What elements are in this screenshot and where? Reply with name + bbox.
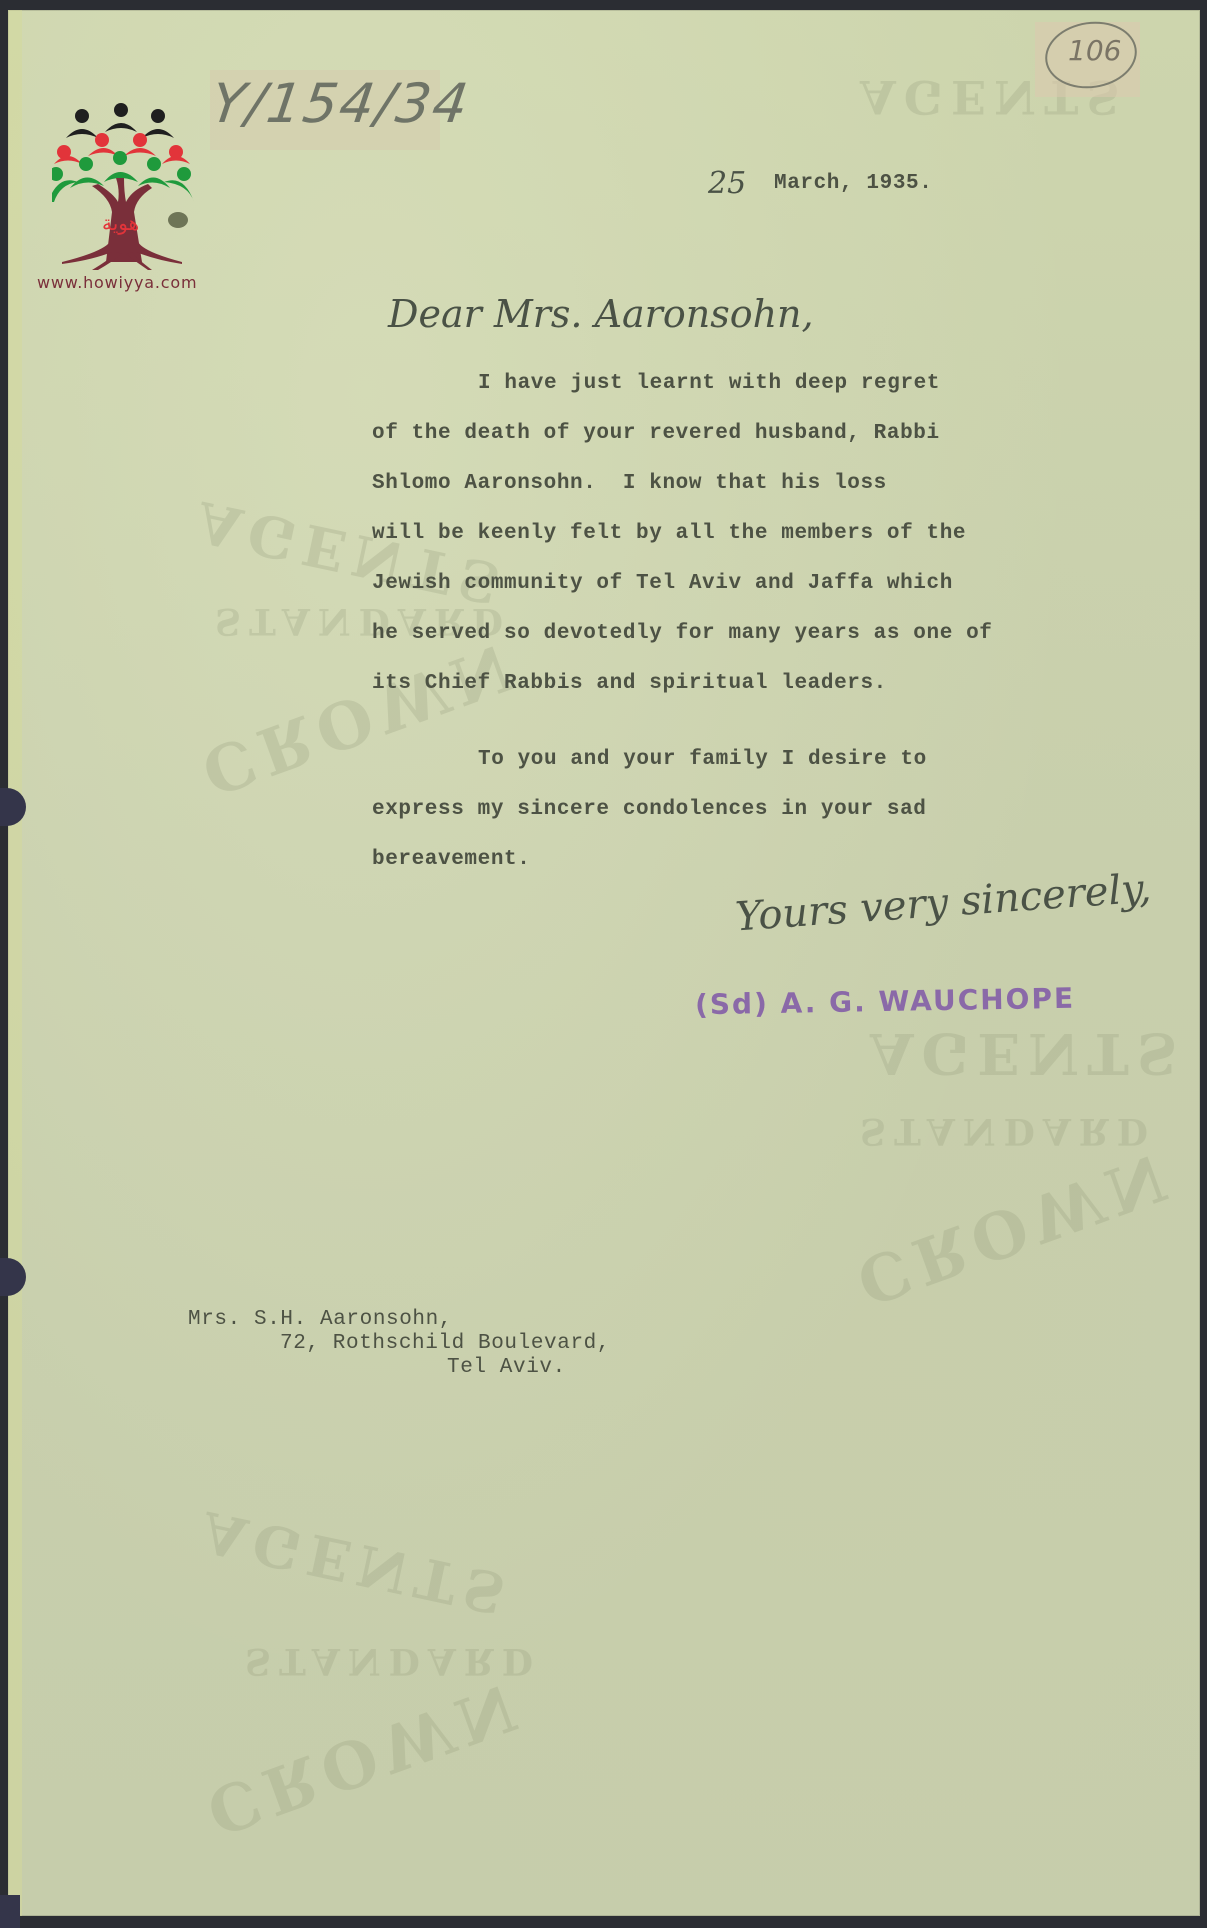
page-corner-shadow xyxy=(0,1895,20,1928)
reference-number: Y/154/34 xyxy=(208,72,474,135)
body-line: I have just learnt with deep regret xyxy=(478,372,940,395)
body-line: he served so devotedly for many years as… xyxy=(372,622,993,645)
salutation: Dear Mrs. Aaronsohn, xyxy=(388,292,814,336)
watermark-text: AGENTS xyxy=(870,1020,1185,1086)
body-line: express my sincere condolences in your s… xyxy=(372,798,927,821)
watermark-text: STANDARD xyxy=(860,1110,1156,1152)
address-line: Tel Aviv. xyxy=(447,1356,566,1379)
address-line: Mrs. S.H. Aaronsohn, xyxy=(188,1308,452,1331)
signature-stamp: (Sd) A. G. WAUCHOPE xyxy=(695,982,1076,1022)
date-day-handwritten: 25 xyxy=(708,166,746,201)
body-line: of the death of your revered husband, Ra… xyxy=(372,422,940,445)
body-line: bereavement. xyxy=(372,848,530,871)
address-line: 72, Rothschild Boulevard, xyxy=(280,1332,610,1355)
logo-url: www.howiyya.com xyxy=(37,273,197,292)
body-line: Shlomo Aaronsohn. I know that his loss xyxy=(372,472,887,495)
date-typed: March, 1935. xyxy=(774,172,932,195)
body-line: will be keenly felt by all the members o… xyxy=(372,522,966,545)
body-line: Jewish community of Tel Aviv and Jaffa w… xyxy=(372,572,953,595)
ink-stain xyxy=(168,212,188,228)
body-line: its Chief Rabbis and spiritual leaders. xyxy=(372,672,887,695)
page-edge xyxy=(8,10,22,1916)
logo-arabic-text: هوية xyxy=(102,211,139,235)
howiyya-tree-logo-icon: هوية xyxy=(52,102,212,270)
page-number: 106 xyxy=(1068,34,1121,67)
body-line: To you and your family I desire to xyxy=(478,748,927,771)
